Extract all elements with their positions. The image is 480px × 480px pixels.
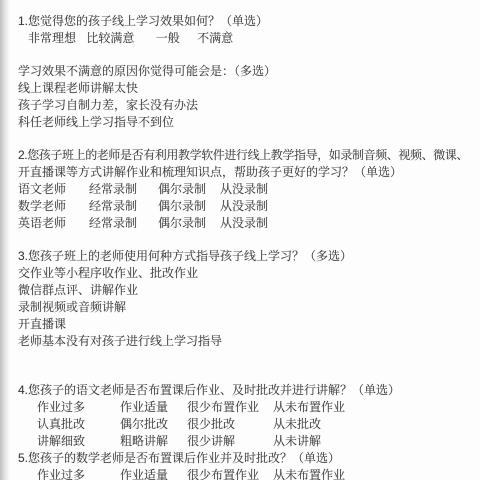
q2-option-sometimes: 偶尔录制 <box>158 198 220 215</box>
q1-option-average: 一般 <box>156 31 180 45</box>
q5-option: 作业过多 <box>37 467 120 480</box>
q4-option: 偶尔批改 <box>120 416 187 433</box>
question-2-title-line2: 开直播课等方式讲解作业和梳理知识点，帮助孩子更好的学习？（单选） <box>18 164 480 181</box>
reasons-title: 学习效果不满意的原因你觉得可能会是：（多选） <box>18 63 480 80</box>
q2-subject-label: 语文老师 <box>18 181 89 198</box>
q2-option-often: 经常录制 <box>89 215 158 232</box>
question-1-title: 1.您觉得您的孩子线上学习效果如何？（单选） <box>18 13 480 30</box>
q2-option-often: 经常录制 <box>89 181 158 198</box>
q3-option: 开直播课 <box>18 316 480 333</box>
question-4-title: 4.您孩子的语文老师是否布置课后作业、及时批改并进行讲解？（单选） <box>18 382 480 399</box>
survey-content: 1.您觉得您的孩子线上学习效果如何？（单选） 非常理想 比较满意 一般 不满意 … <box>18 13 480 480</box>
q3-option: 录制视频或音频讲解 <box>18 299 480 316</box>
q4-option: 作业过多 <box>37 399 120 416</box>
q3-option: 微信群点评、讲解作业 <box>18 282 480 299</box>
q4-row-correction: 认真批改 偶尔批改 很少批改 从未批改 <box>18 416 480 433</box>
q5-option: 从未布置作业 <box>273 467 480 480</box>
q4-option: 讲解细致 <box>37 433 120 450</box>
q4-option: 认真批改 <box>37 416 120 433</box>
q2-option-often: 经常录制 <box>89 198 158 215</box>
q2-subject-label: 数学老师 <box>18 198 89 215</box>
q4-row-assignment-amount: 作业过多 作业适量 很少布置作业 从未布置作业 <box>18 399 480 416</box>
q5-row-assignment-amount: 作业过多 作业适量 很少布置作业 从未布置作业 <box>18 467 480 480</box>
q2-option-never: 从没录制 <box>220 198 480 215</box>
q4-option: 从未布置作业 <box>273 399 480 416</box>
q2-option-sometimes: 偶尔录制 <box>158 181 220 198</box>
reason-option: 线上课程老师讲解太快 <box>18 80 480 97</box>
q2-option-never: 从没录制 <box>220 215 480 232</box>
q4-option: 从未讲解 <box>273 433 480 450</box>
q2-option-never: 从没录制 <box>220 181 480 198</box>
question-2-title-line1: 2.您孩子班上的老师是否有利用教学软件进行线上教学指导，如录制音频、视频、微课、 <box>18 147 480 164</box>
q2-row-chinese-teacher: 语文老师 经常录制 偶尔录制 从没录制 <box>18 181 480 198</box>
q5-option: 作业适量 <box>120 467 187 480</box>
q4-option: 作业适量 <box>120 399 187 416</box>
q4-option: 粗略讲解 <box>120 433 187 450</box>
q2-subject-label: 英语老师 <box>18 215 89 232</box>
survey-document: 1.您觉得您的孩子线上学习效果如何？（单选） 非常理想 比较满意 一般 不满意 … <box>0 0 480 480</box>
page-left-edge <box>0 0 10 480</box>
question-1-options: 非常理想 比较满意 一般 不满意 <box>18 30 480 47</box>
q5-option: 很少布置作业 <box>187 467 273 480</box>
q1-option-unsatisfied: 不满意 <box>197 31 233 45</box>
q4-option: 很少讲解 <box>187 433 273 450</box>
q3-option: 交作业等小程序收作业、批改作业 <box>18 265 480 282</box>
q1-option-fairly-satisfied: 比较满意 <box>86 31 134 45</box>
q4-option: 从未批改 <box>273 416 480 433</box>
q4-row-explanation: 讲解细致 粗略讲解 很少讲解 从未讲解 <box>18 433 480 450</box>
q2-option-sometimes: 偶尔录制 <box>158 215 220 232</box>
q1-option-very-ideal: 非常理想 <box>28 31 76 45</box>
reason-option: 孩子学习自制力差，家长没有办法 <box>18 97 480 114</box>
q4-option: 很少批改 <box>187 416 273 433</box>
q2-row-english-teacher: 英语老师 经常录制 偶尔录制 从没录制 <box>18 215 480 232</box>
question-5-title: 5.您孩子的数学老师是否布置课后作业并及时批改？（单选） <box>18 450 480 467</box>
question-3-title: 3.您孩子班上的老师使用何种方式指导孩子线上学习？（多选） <box>18 248 480 265</box>
q4-option: 很少布置作业 <box>187 399 273 416</box>
q2-row-math-teacher: 数学老师 经常录制 偶尔录制 从没录制 <box>18 198 480 215</box>
reason-option: 科任老师线上学习指导不到位 <box>18 114 480 131</box>
q3-option: 老师基本没有对孩子进行线上学习指导 <box>18 333 480 350</box>
